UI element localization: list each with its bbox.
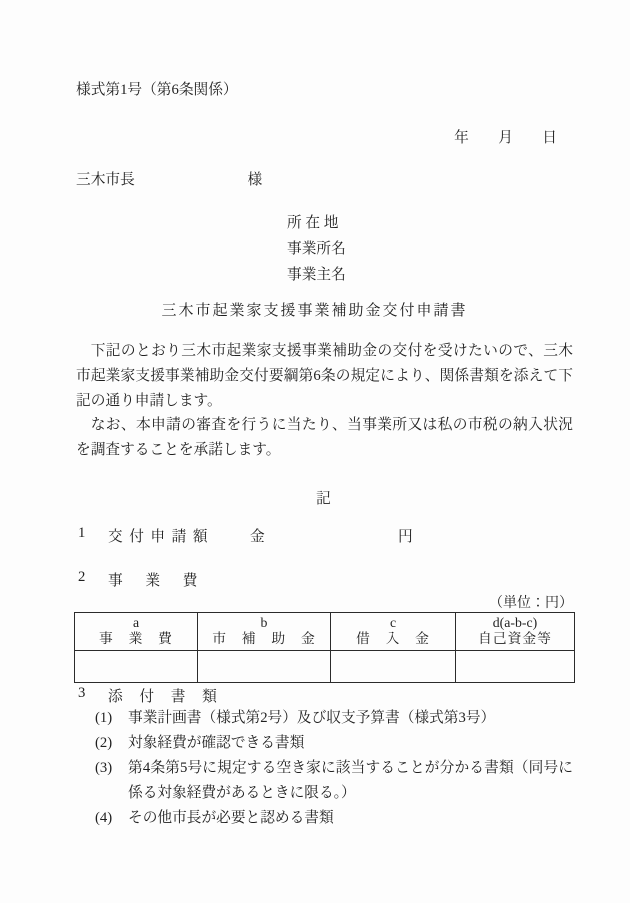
col-header-a: a 事 業 費 [75,613,198,651]
sender-field-owner-name: 事業主名 [287,262,346,288]
attachment-text-3: 第4条第5号に規定する空き家に該当することが分かる書類（同号に係る対象経費がある… [128,756,573,806]
item2-label: 事 業 費 [108,569,201,590]
attachment-item-4: (4) その他市長が必要と認める書類 [95,806,573,831]
item1-label: 交付申請額 [108,525,214,546]
item2-number: 2 [78,569,85,586]
attachment-num-2: (2) [95,731,128,756]
expense-table-value-row [75,651,575,683]
attachment-item-1: (1) 事業計画書（様式第2号）及び収支予算書（様式第3号） [95,706,573,731]
sender-block: 所 在 地 事業所名 事業主名 [287,210,346,288]
item3-attachments-heading: 3 添 付 書 類 [76,685,576,707]
col-label-a: 事 業 費 [75,631,197,647]
body-paragraph-2: なお、本申請の審査を行うに当たり、当事業所又は私の市税の納入状況を調査することを… [76,413,573,463]
expense-cell-b [198,651,331,683]
addressee-line: 三木市長 様 [76,168,262,189]
unit-note: （単位：円） [76,592,573,612]
item3-label: 添 付 書 類 [108,685,218,706]
expense-table-header-row: a 事 業 費 b 市 補 助 金 c 借 入 金 d(a-b-c) 自己資金等 [75,613,575,651]
col-key-d: d(a-b-c) [456,615,574,631]
col-key-a: a [75,615,197,631]
sender-field-location: 所 在 地 [287,210,346,236]
addressee-honorific: 様 [247,172,262,188]
col-key-b: b [198,615,330,631]
col-header-d: d(a-b-c) 自己資金等 [456,613,575,651]
attachment-item-3: (3) 第4条第5号に規定する空き家に該当することが分かる書類（同号に係る対象経… [95,756,573,806]
attachment-num-1: (1) [95,706,128,731]
item2-project-cost: 2 事 業 費 [76,569,576,591]
col-header-c: c 借 入 金 [331,613,456,651]
expense-cell-d [456,651,575,683]
expense-table: a 事 業 費 b 市 補 助 金 c 借 入 金 d(a-b-c) 自己資金等 [74,612,575,683]
currency-suffix: 円 [398,525,413,546]
sender-field-business-name: 事業所名 [287,236,346,262]
record-marker: 記 [76,487,573,508]
attachment-text-4: その他市長が必要と認める書類 [128,806,573,831]
attachments-list: (1) 事業計画書（様式第2号）及び収支予算書（様式第3号） (2) 対象経費が… [95,706,573,831]
item1-number: 1 [78,525,85,542]
col-header-b: b 市 補 助 金 [198,613,331,651]
document-title: 三木市起業家支援事業補助金交付申請書 [66,299,563,320]
col-label-d: 自己資金等 [456,631,574,647]
expense-cell-c [331,651,456,683]
body-paragraph-1: 下記のとおり三木市起業家支援事業補助金の交付を受けたいので、三木市起業家支援事業… [76,339,573,413]
currency-prefix: 金 [250,525,265,546]
item1-grant-amount: 1 交付申請額 金 円 [76,525,576,547]
col-label-c: 借 入 金 [331,631,455,647]
col-label-b: 市 補 助 金 [198,631,330,647]
attachment-item-2: (2) 対象経費が確認できる書類 [95,731,573,756]
form-number: 様式第1号（第6条関係） [76,78,238,99]
attachment-num-4: (4) [95,806,128,831]
col-key-c: c [331,615,455,631]
document-page: 様式第1号（第6条関係） 年 月 日 三木市長 様 所 在 地 事業所名 事業主… [0,0,630,903]
expense-cell-a [75,651,198,683]
body-text: 下記のとおり三木市起業家支援事業補助金の交付を受けたいので、三木市起業家支援事業… [76,339,573,463]
item3-number: 3 [78,685,85,702]
attachment-text-2: 対象経費が確認できる書類 [128,731,573,756]
addressee-name: 三木市長 [76,172,135,188]
attachment-num-3: (3) [95,756,128,806]
date-line: 年 月 日 [76,126,557,147]
attachment-text-1: 事業計画書（様式第2号）及び収支予算書（様式第3号） [128,706,573,731]
